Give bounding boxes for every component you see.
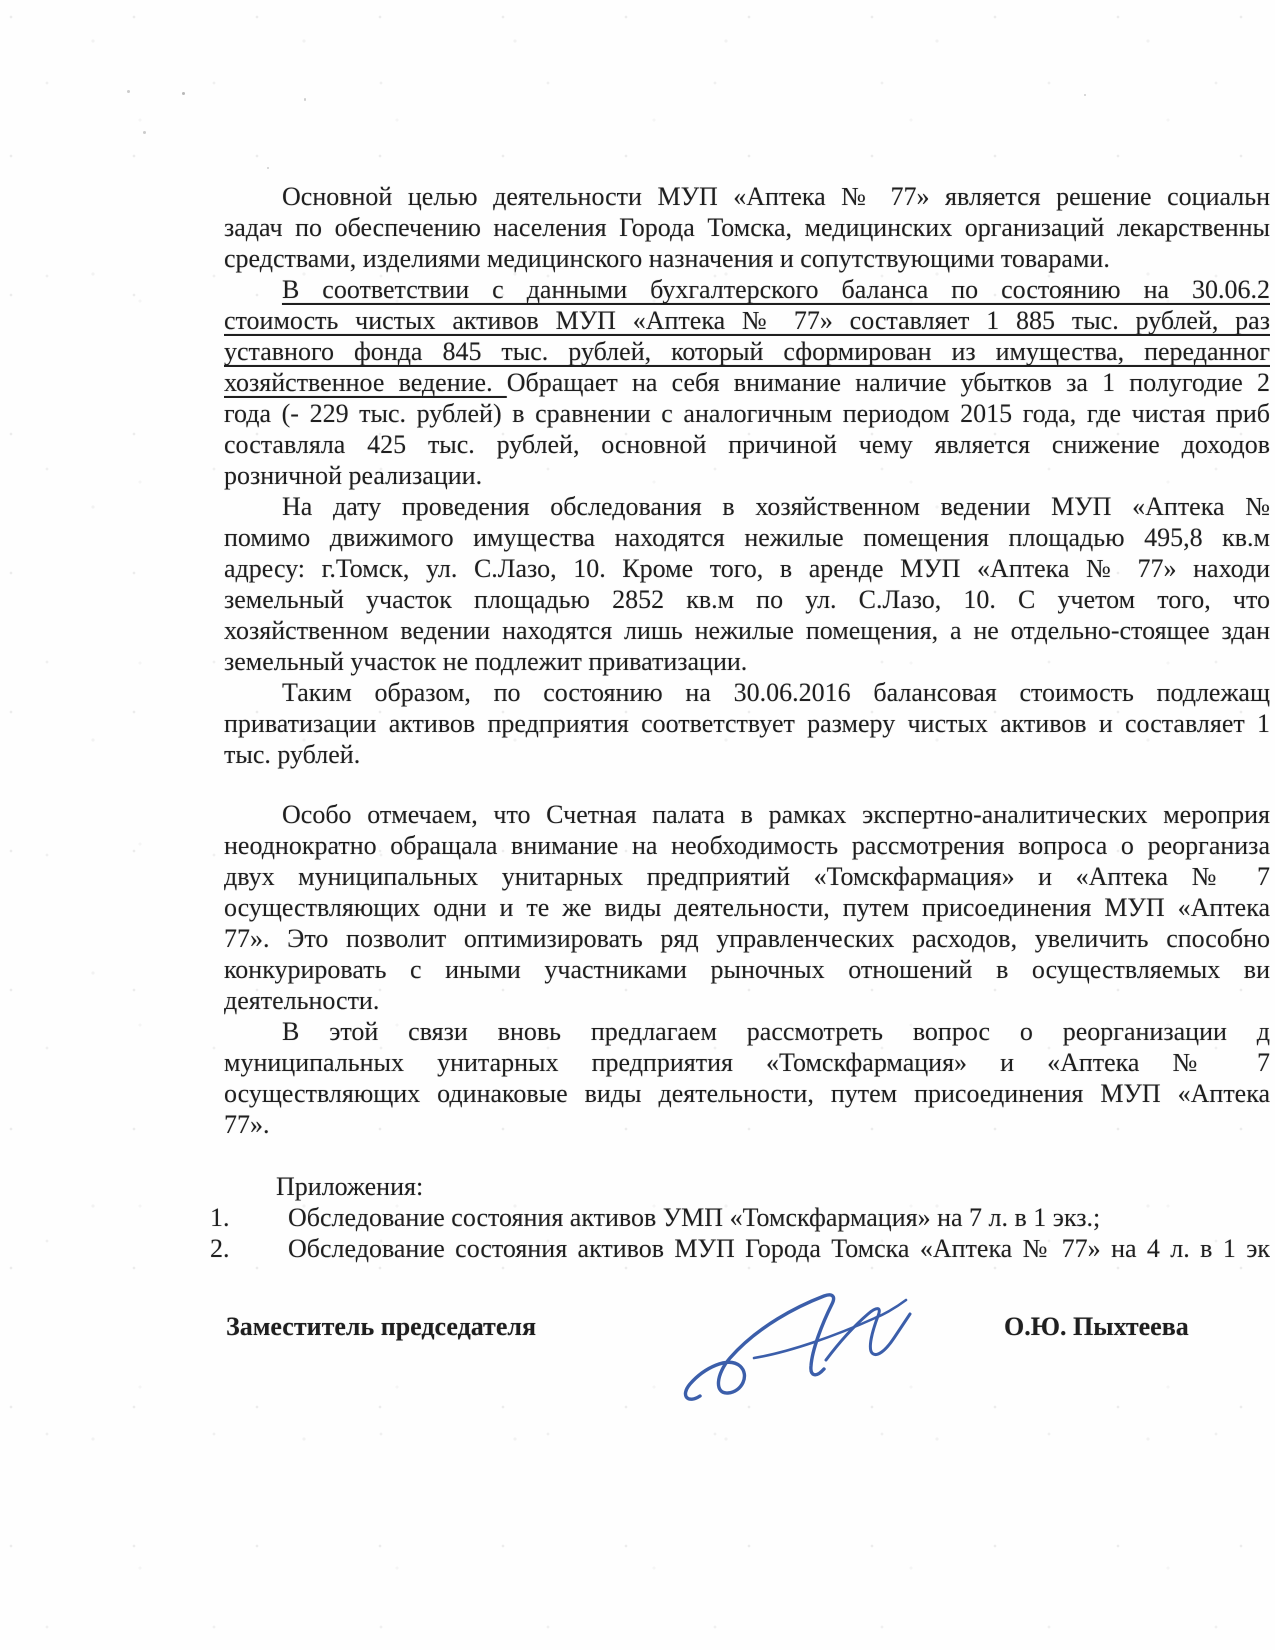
text-line: помимо движимого имущества находятся неж… [224, 522, 1270, 553]
handwritten-signature [670, 1272, 920, 1422]
text-segment: Обращает на себя внимание наличие убытко… [507, 368, 1270, 397]
text-line: 77». [224, 1109, 1270, 1140]
text-line: года (- 229 тыс. рублей) в сравнении с а… [224, 398, 1270, 429]
text-segment: деятельности. [224, 986, 379, 1015]
signer-name: О.Ю. Пыхтеева [1004, 1311, 1189, 1342]
text-segment: На дату проведения обследования в хозяйс… [282, 492, 1270, 521]
body-paragraph: На дату проведения обследования в хозяйс… [224, 491, 1270, 677]
scan-speck [267, 167, 269, 169]
text-segment: года (- 229 тыс. рублей) в сравнении с а… [224, 399, 1270, 428]
text-segment: В этой связи вновь предлагаем рассмотрет… [282, 1017, 1270, 1046]
body-paragraph: В этой связи вновь предлагаем рассмотрет… [224, 1016, 1270, 1140]
attachment-item-text: Обследование состояния активов УМП «Томс… [288, 1202, 1270, 1233]
attachments-list: 1.Обследование состояния активов УМП «То… [224, 1202, 1270, 1264]
text-line: осуществляющих одни и те же виды деятель… [224, 892, 1270, 923]
text-segment: осуществляющих одни и те же виды деятель… [224, 893, 1270, 922]
text-line: тыс. рублей. [224, 739, 1270, 770]
text-line: муниципальных унитарных предприятия «Том… [224, 1047, 1270, 1078]
text-line: Основной целью деятельности МУП «Аптека … [224, 181, 1270, 212]
scanned-document-page: { "page": { "background": "#fefefe", "in… [0, 0, 1275, 1650]
body-paragraph: Основной целью деятельности МУП «Аптека … [224, 181, 1270, 274]
text-line: На дату проведения обследования в хозяйс… [224, 491, 1270, 522]
body-paragraph: Особо отмечаем, что Счетная палата в рам… [224, 799, 1270, 1016]
text-line: земельный участок не подлежит приватизац… [224, 646, 1270, 677]
body-paragraph: Таким образом, по состоянию на 30.06.201… [224, 677, 1270, 770]
text-segment: помимо движимого имущества находятся неж… [224, 523, 1270, 552]
text-line: земельный участок площадью 2852 кв.м по … [224, 584, 1270, 615]
text-line: двух муниципальных унитарных предприятий… [224, 861, 1270, 892]
text-line: 77». Это позволит оптимизировать ряд упр… [224, 923, 1270, 954]
text-segment: двух муниципальных унитарных предприятий… [224, 862, 1270, 891]
attachment-item-number: 1. [210, 1202, 230, 1233]
text-line: адресу: г.Томск, ул. С.Лазо, 10. Кроме т… [224, 553, 1270, 584]
text-line: хозяйственное ведение. Обращает на себя … [224, 367, 1270, 398]
text-segment: Таким образом, по состоянию на 30.06.201… [282, 678, 1270, 707]
text-line: составляла 425 тыс. рублей, основной при… [224, 429, 1270, 460]
text-segment: Особо отмечаем, что Счетная палата в рам… [282, 800, 1270, 829]
text-segment: Основной целью деятельности МУП «Аптека … [282, 182, 1270, 211]
scan-speck [1084, 94, 1086, 96]
text-segment: 77». Это позволит оптимизировать ряд упр… [224, 924, 1270, 953]
signer-position-title: Заместитель председателя [226, 1311, 536, 1342]
attachment-item-text: Обследование состояния активов МУП Город… [288, 1233, 1270, 1264]
attachments-section: Приложения: 1.Обследование состояния акт… [224, 1171, 1270, 1264]
text-line: средствами, изделиями медицинского назна… [224, 243, 1270, 274]
text-segment: неоднократно обращала внимание на необхо… [224, 831, 1270, 860]
body-paragraph: В соответствии с данными бухгалтерского … [224, 274, 1270, 491]
text-segment: тыс. рублей. [224, 740, 360, 769]
attachment-item: 1.Обследование состояния активов УМП «То… [224, 1202, 1270, 1233]
text-segment: задач по обеспечению населения Города То… [224, 213, 1270, 242]
text-line: уставного фонда 845 тыс. рублей, который… [224, 336, 1270, 367]
attachment-item: 2.Обследование состояния активов МУП Гор… [224, 1233, 1270, 1264]
text-segment: земельный участок площадью 2852 кв.м по … [224, 585, 1270, 614]
text-segment: земельный участок не подлежит приватизац… [224, 647, 747, 676]
text-line: Таким образом, по состоянию на 30.06.201… [224, 677, 1270, 708]
text-line: задач по обеспечению населения Города То… [224, 212, 1270, 243]
body-text: Основной целью деятельности МУП «Аптека … [224, 181, 1270, 1264]
text-segment: розничной реализации. [224, 461, 482, 490]
text-line: розничной реализации. [224, 460, 1270, 491]
text-line: неоднократно обращала внимание на необхо… [224, 830, 1270, 861]
text-segment: хозяйственном ведении находятся лишь неж… [224, 616, 1270, 645]
text-line: приватизации активов предприятия соответ… [224, 708, 1270, 739]
text-segment: осуществляющих одинаковые виды деятельно… [224, 1079, 1270, 1108]
scan-speck [182, 92, 185, 95]
text-segment: приватизации активов предприятия соответ… [224, 709, 1270, 738]
signature-strokes [685, 1295, 910, 1399]
text-line: хозяйственном ведении находятся лишь неж… [224, 615, 1270, 646]
attachments-heading: Приложения: [224, 1171, 1270, 1202]
underlined-text: В соответствии с данными бухгалтерского … [282, 275, 1270, 304]
text-segment: 77». [224, 1110, 270, 1139]
text-segment: средствами, изделиями медицинского назна… [224, 244, 1110, 273]
text-line: В соответствии с данными бухгалтерского … [224, 274, 1270, 305]
scan-speck [304, 98, 306, 101]
underlined-text: уставного фонда 845 тыс. рублей, который… [224, 337, 1270, 366]
text-line: В этой связи вновь предлагаем рассмотрет… [224, 1016, 1270, 1047]
scan-speck [143, 131, 146, 134]
text-segment: муниципальных унитарных предприятия «Том… [224, 1048, 1270, 1077]
text-line: стоимость чистых активов МУП «Аптека № 7… [224, 305, 1270, 336]
text-segment: конкурировать с иными участниками рыночн… [224, 955, 1270, 984]
attachment-item-number: 2. [210, 1233, 230, 1264]
text-line: Особо отмечаем, что Счетная палата в рам… [224, 799, 1270, 830]
text-segment: адресу: г.Томск, ул. С.Лазо, 10. Кроме т… [224, 554, 1270, 583]
scan-speck [127, 90, 130, 93]
text-line: конкурировать с иными участниками рыночн… [224, 954, 1270, 985]
underlined-text: хозяйственное ведение. [224, 368, 507, 397]
text-segment: составляла 425 тыс. рублей, основной при… [224, 430, 1270, 459]
underlined-text: стоимость чистых активов МУП «Аптека № 7… [224, 306, 1270, 335]
text-line: осуществляющих одинаковые виды деятельно… [224, 1078, 1270, 1109]
text-line: деятельности. [224, 985, 1270, 1016]
